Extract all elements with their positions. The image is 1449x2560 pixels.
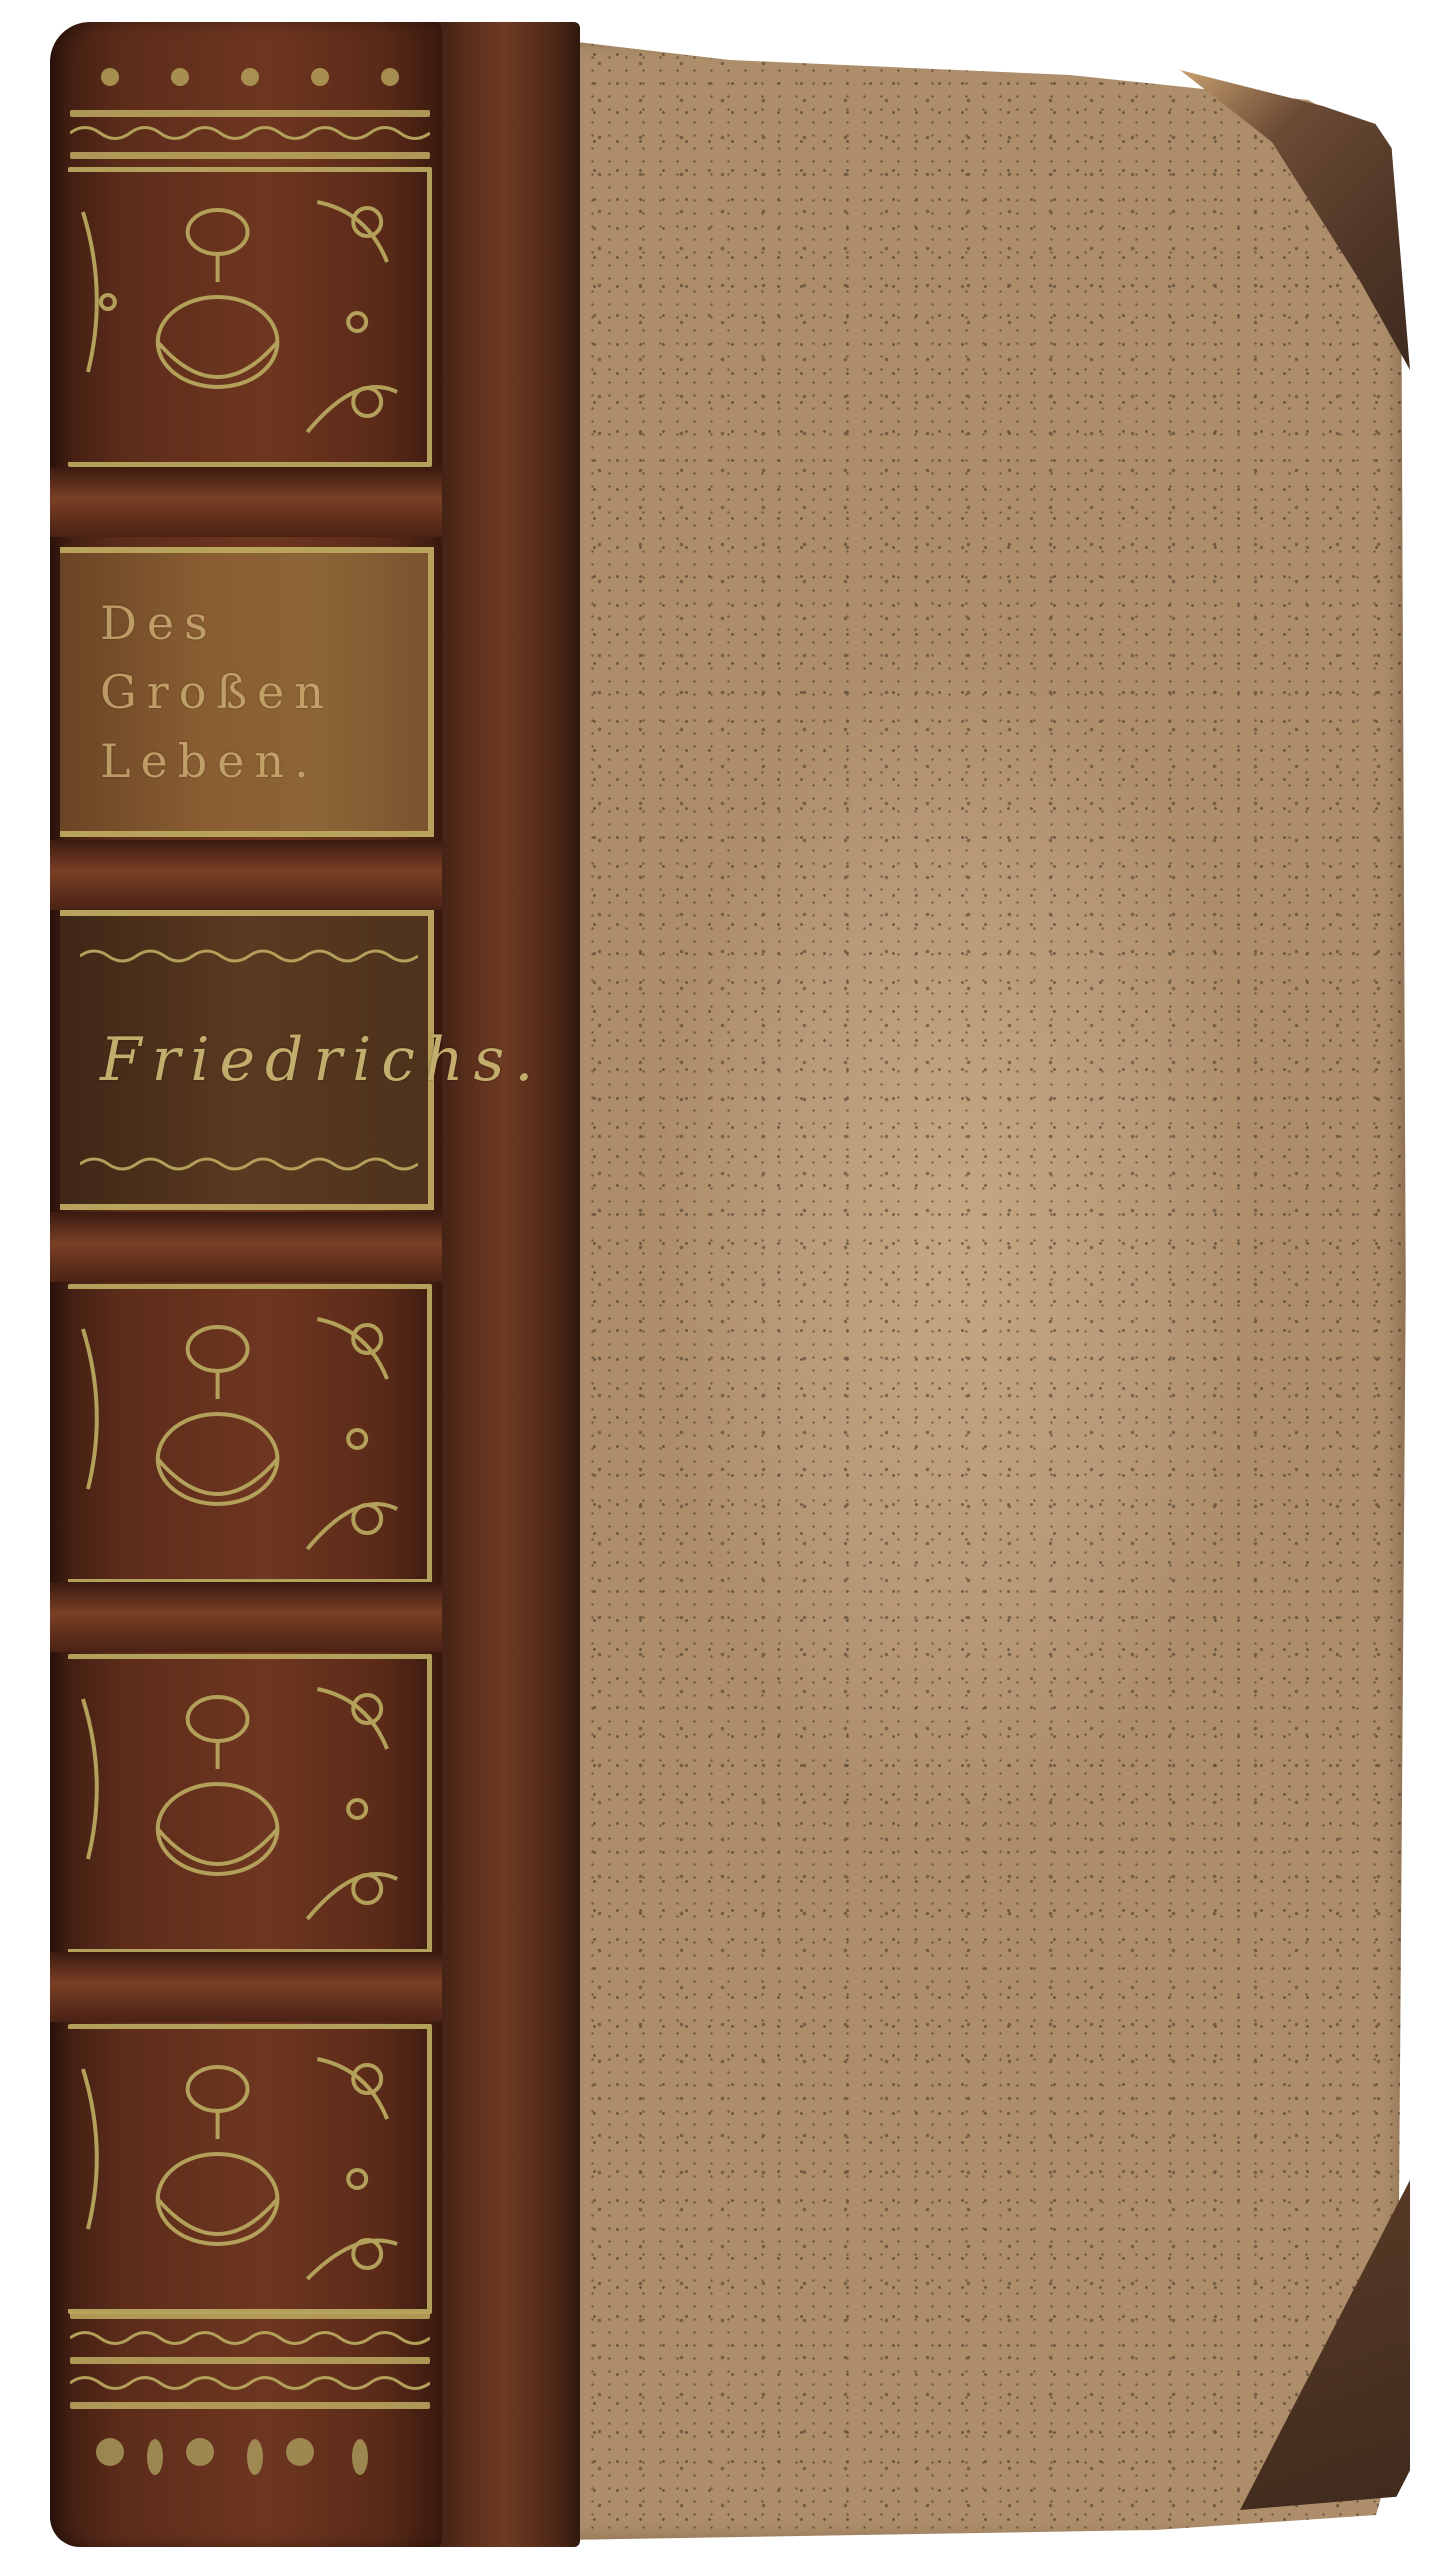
gilt-wave-icon <box>80 946 418 966</box>
urn-garland-icon <box>68 1289 427 1579</box>
urn-garland-icon <box>68 2029 427 2309</box>
title-line-2: Leben. <box>100 727 319 796</box>
urn-garland-icon <box>68 172 427 462</box>
raised-band <box>50 1952 442 2022</box>
spine-panel-3 <box>68 1654 432 1954</box>
raised-band <box>50 1582 442 1652</box>
floral-roll-icon <box>70 2417 430 2497</box>
paper-board <box>560 40 1410 2540</box>
raised-band <box>50 1212 442 1282</box>
gilt-rule <box>70 2312 430 2319</box>
raised-band <box>50 467 442 537</box>
book-photo: Des Großen Leben. Friedrichs. <box>0 0 1449 2560</box>
gilt-rule <box>70 152 430 159</box>
author-name: Friedrichs. <box>100 1015 543 1105</box>
raised-band <box>50 840 442 910</box>
gilt-wave-icon <box>70 2372 430 2394</box>
floral-roll-icon <box>70 57 430 97</box>
spine-author-label: Friedrichs. <box>60 910 434 1210</box>
paper-speckle-texture <box>560 40 1410 2540</box>
gilt-wave-icon <box>70 122 430 144</box>
title-line-1: Des Großen <box>100 589 428 727</box>
gilt-rule <box>70 2402 430 2409</box>
spine-panel-1 <box>68 167 432 467</box>
gilt-wave-icon <box>80 1154 418 1174</box>
gilt-wave-icon <box>70 2327 430 2349</box>
spine: Des Großen Leben. Friedrichs. <box>50 22 442 2547</box>
spine-head-ornament <box>70 57 430 97</box>
spine-panel-4 <box>68 2024 432 2314</box>
urn-garland-icon <box>68 1659 427 1949</box>
spine-title-label: Des Großen Leben. <box>60 547 434 837</box>
gilt-rule <box>70 2357 430 2364</box>
gilt-rule <box>70 110 430 117</box>
leather-joint <box>430 22 580 2547</box>
spine-panel-2 <box>68 1284 432 1584</box>
